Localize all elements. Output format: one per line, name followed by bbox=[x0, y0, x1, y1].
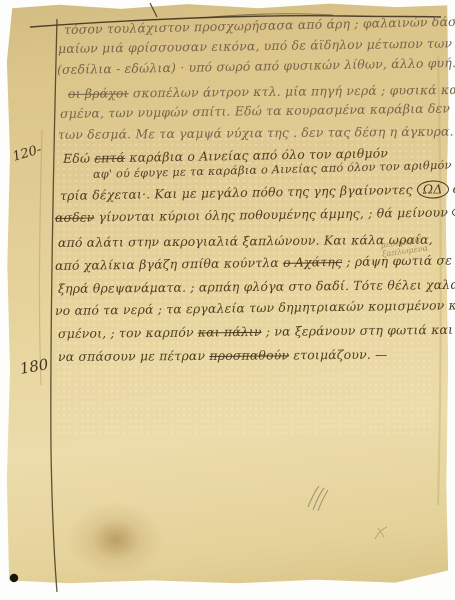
text-segment-normal: να σπάσουν με πέτραν bbox=[58, 348, 209, 364]
manuscript-scan: τόσον τουλάχιστον προσχωρήσασα από άρη ;… bbox=[0, 0, 455, 600]
text-segment-normal: ; να ξεράνουν στη φωτιά και bbox=[262, 322, 454, 339]
paper-stain-dark bbox=[92, 520, 140, 560]
text-segment-normal: οι Τρώες bbox=[448, 180, 455, 196]
manuscript-line-16: να σπάσουν με πέτραν προσπαθούν ετοιμάζο… bbox=[58, 347, 388, 364]
text-segment-normal: από χαλίκια βγάζη σπίθα κούντλα bbox=[55, 255, 283, 273]
text-segment-strike: προσπαθούν bbox=[209, 347, 289, 363]
text-segment-strike: ο Αχάτης bbox=[283, 254, 342, 270]
text-segment-strike: και πάλιν bbox=[198, 324, 262, 340]
text-segment-normal: Εδώ bbox=[63, 150, 95, 166]
text-segment-strike: οι βράχοι bbox=[68, 85, 129, 101]
text-segment-normal: ετοιμάζουν. — bbox=[289, 347, 388, 363]
text-segment-strike: επτά bbox=[94, 150, 125, 166]
text-segment-normal: σμένοι, ; τον καρπόν bbox=[58, 325, 198, 341]
text-segment-strike: ασδεν bbox=[55, 209, 95, 225]
text-segment-circle: ΩΔ bbox=[417, 180, 449, 199]
